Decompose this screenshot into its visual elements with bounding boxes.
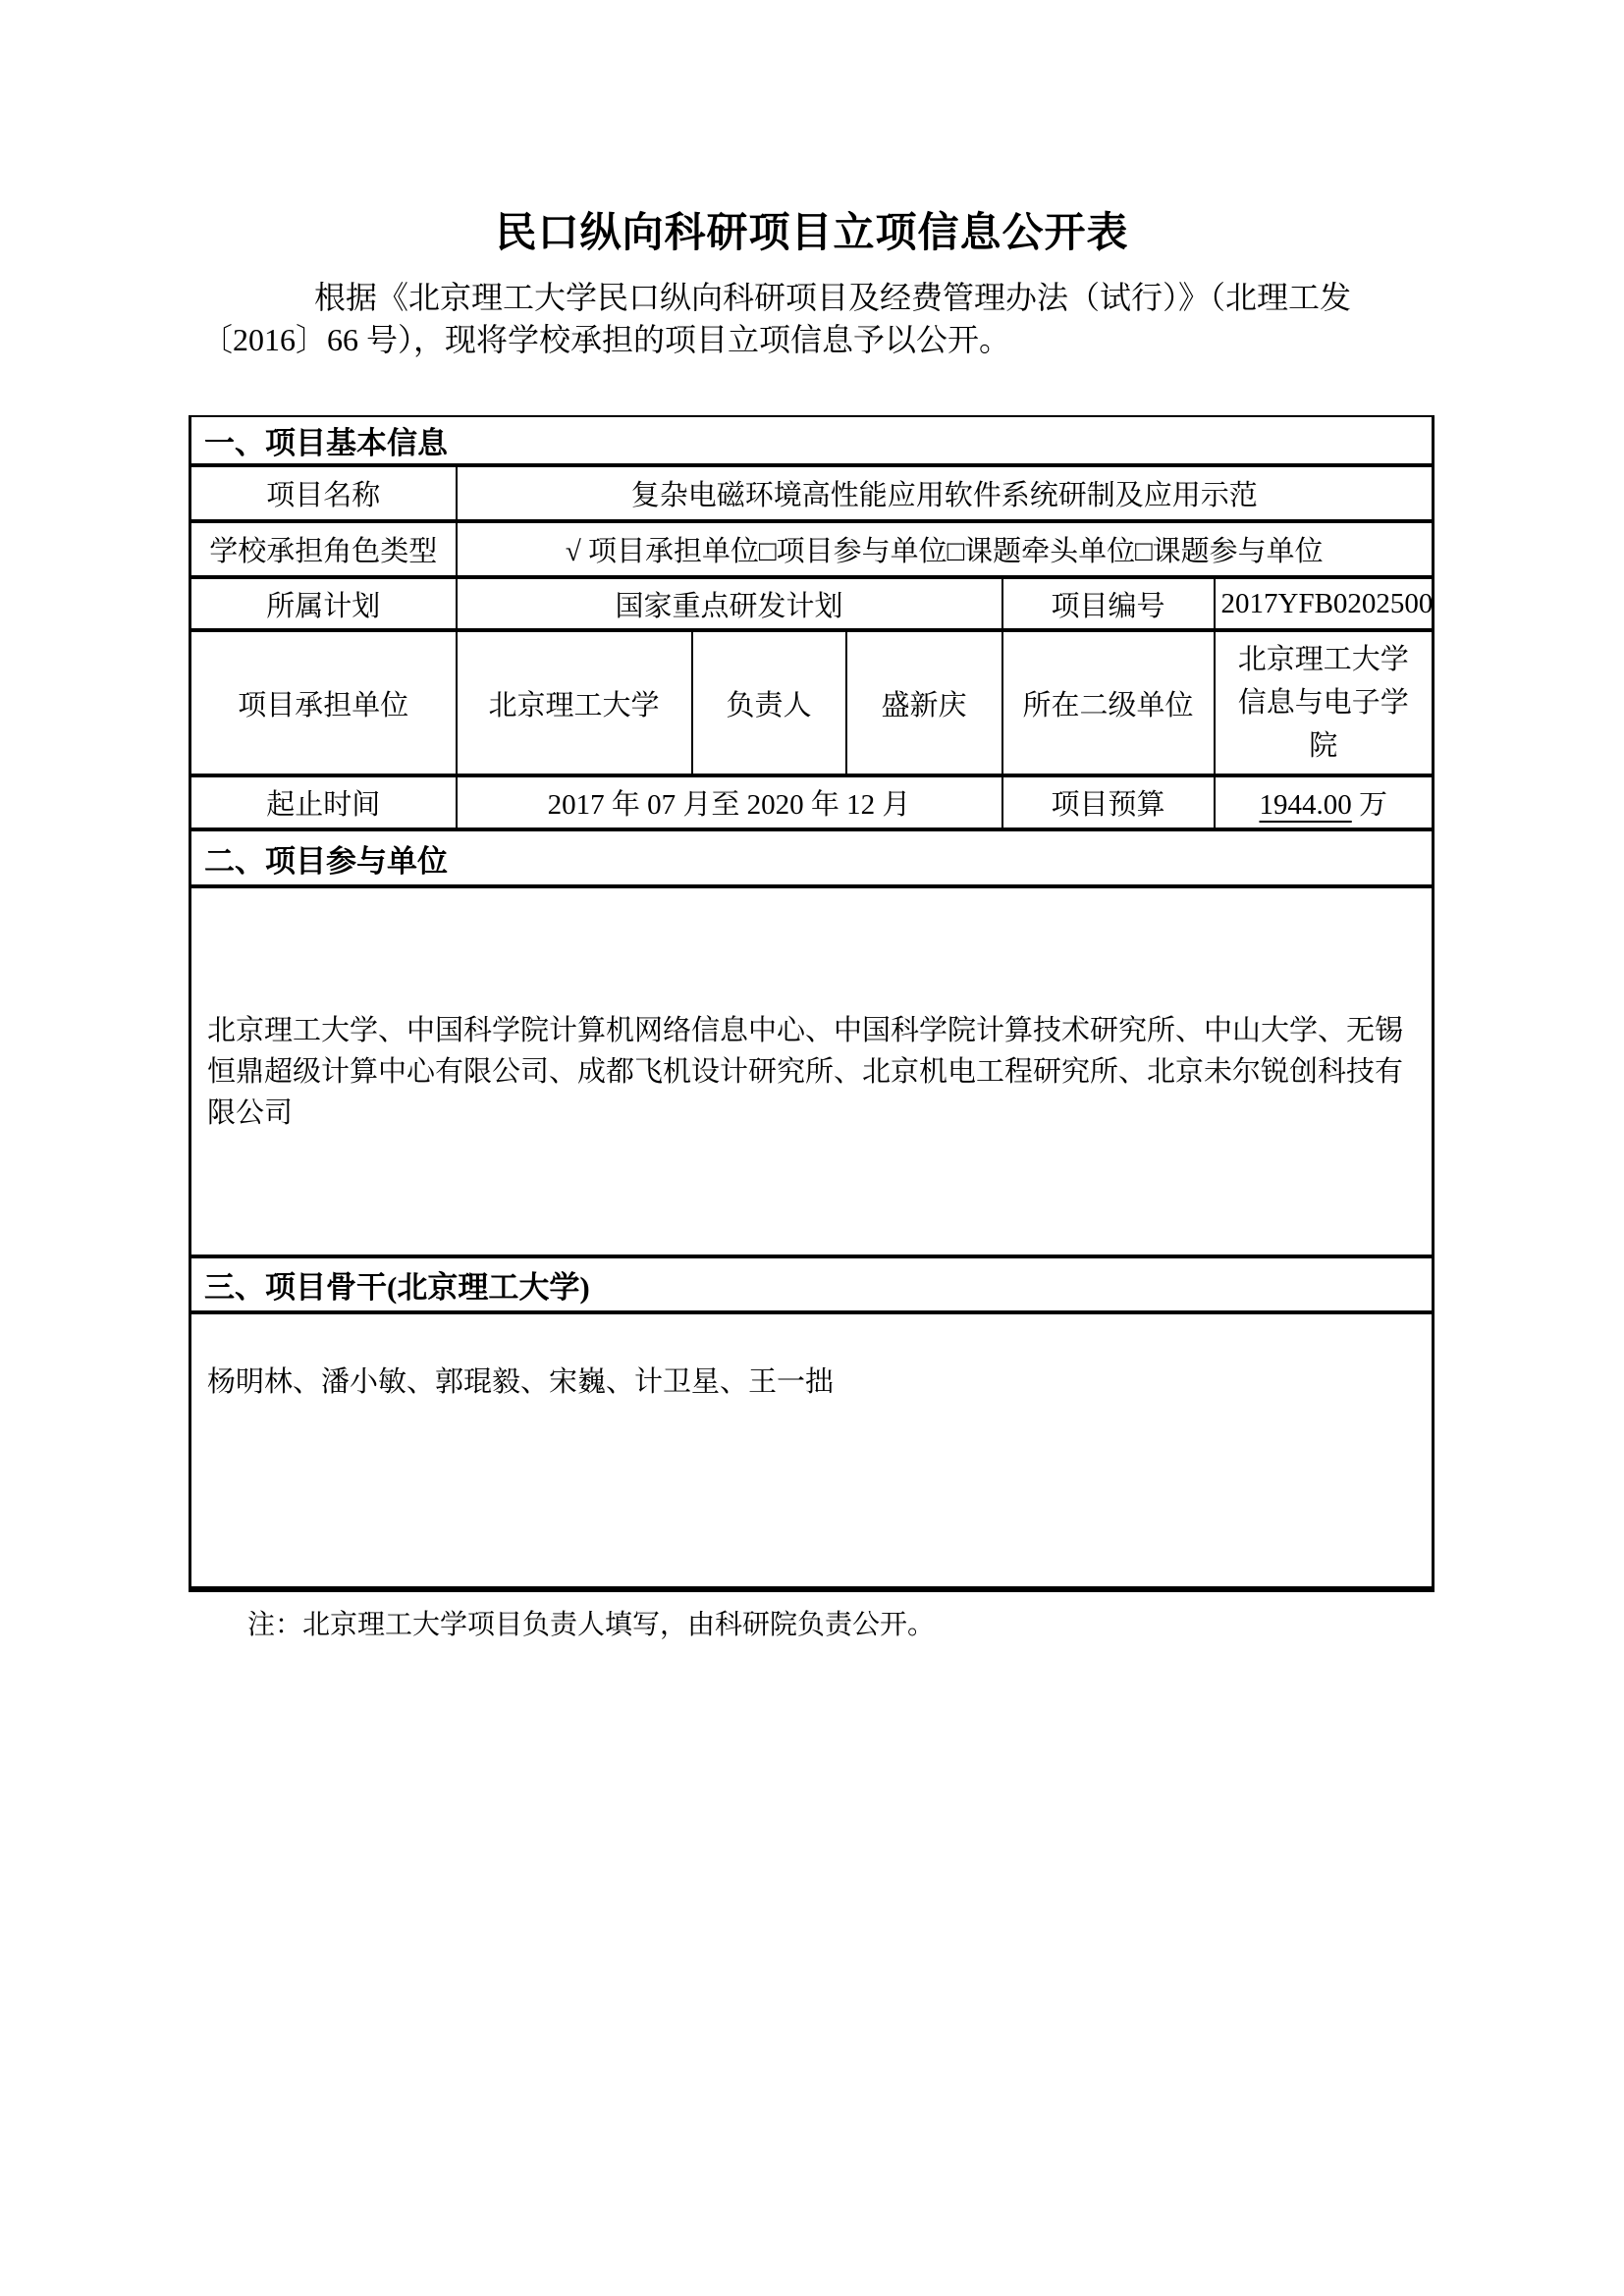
participating-units-row: 北京理工大学、中国科学院计算机网络信息中心、中国科学院计算技术研究所、中山大学、…: [190, 886, 1434, 1256]
document-page: 民口纵向科研项目立项信息公开表 根据《北京理工大学民口纵向科研项目及经费管理办法…: [0, 0, 1624, 2296]
footer-note: 注：北京理工大学项目负责人填写，由科研院负责公开。: [247, 1606, 1624, 1645]
intro-line-1: 根据《北京理工大学民口纵向科研项目及经费管理办法（试行）》（北理工发: [201, 277, 1409, 319]
secondary-unit-label: 所在二级单位: [1002, 630, 1215, 775]
project-name-value: 复杂电磁环境高性能应用软件系统研制及应用示范: [457, 465, 1434, 521]
project-backbone-row: 杨明林、潘小敏、郭琨毅、宋巍、计卫星、王一拙: [190, 1312, 1434, 1589]
section2-title: 二、项目参与单位: [190, 829, 1434, 886]
section3-header-row: 三、项目骨干(北京理工大学): [190, 1256, 1434, 1312]
undertaking-unit-label: 项目承担单位: [190, 630, 457, 775]
plan-value: 国家重点研发计划: [457, 577, 1002, 630]
budget-amount: 1944.00: [1259, 789, 1351, 821]
section2-header-row: 二、项目参与单位: [190, 829, 1434, 886]
project-name-label: 项目名称: [190, 465, 457, 521]
document-title: 民口纵向科研项目立项信息公开表: [0, 206, 1624, 261]
budget-label: 项目预算: [1002, 775, 1215, 829]
section3-title: 三、项目骨干(北京理工大学): [190, 1256, 1434, 1312]
role-type-row: 学校承担角色类型 √ 项目承担单位□项目参与单位□课题牵头单位□课题参与单位: [190, 521, 1434, 577]
project-number-label: 项目编号: [1002, 577, 1215, 630]
project-name-row: 项目名称 复杂电磁环境高性能应用软件系统研制及应用示范: [190, 465, 1434, 521]
undertaking-unit-row: 项目承担单位 北京理工大学 负责人 盛新庆 所在二级单位 北京理工大学信息与电子…: [190, 630, 1434, 775]
project-backbone-content: 杨明林、潘小敏、郭琨毅、宋巍、计卫星、王一拙: [190, 1312, 1434, 1589]
leader-value: 盛新庆: [846, 630, 1002, 775]
budget-value-cell: 1944.00 万: [1215, 775, 1434, 829]
duration-value: 2017 年 07 月至 2020 年 12 月: [457, 775, 1002, 829]
leader-label: 负责人: [692, 630, 846, 775]
plan-row: 所属计划 国家重点研发计划 项目编号 2017YFB0202500: [190, 577, 1434, 630]
role-type-value: √ 项目承担单位□项目参与单位□课题牵头单位□课题参与单位: [457, 521, 1434, 577]
secondary-unit-value: 北京理工大学信息与电子学院: [1215, 630, 1434, 775]
participating-units-content: 北京理工大学、中国科学院计算机网络信息中心、中国科学院计算技术研究所、中山大学、…: [190, 886, 1434, 1256]
project-info-table: 一、项目基本信息 项目名称 复杂电磁环境高性能应用软件系统研制及应用示范 学校承…: [189, 415, 1435, 1592]
intro-paragraph: 根据《北京理工大学民口纵向科研项目及经费管理办法（试行）》（北理工发 〔2016…: [201, 277, 1409, 361]
budget-unit: 万: [1352, 789, 1387, 821]
role-type-label: 学校承担角色类型: [190, 521, 457, 577]
undertaking-unit-value: 北京理工大学: [457, 630, 692, 775]
duration-label: 起止时间: [190, 775, 457, 829]
plan-label: 所属计划: [190, 577, 457, 630]
duration-row: 起止时间 2017 年 07 月至 2020 年 12 月 项目预算 1944.…: [190, 775, 1434, 829]
section1-header-row: 一、项目基本信息: [190, 416, 1434, 465]
section1-title: 一、项目基本信息: [190, 416, 1434, 465]
project-number-value: 2017YFB0202500: [1215, 577, 1434, 630]
intro-line-2: 〔2016〕66 号），现将学校承担的项目立项信息予以公开。: [201, 319, 1409, 361]
